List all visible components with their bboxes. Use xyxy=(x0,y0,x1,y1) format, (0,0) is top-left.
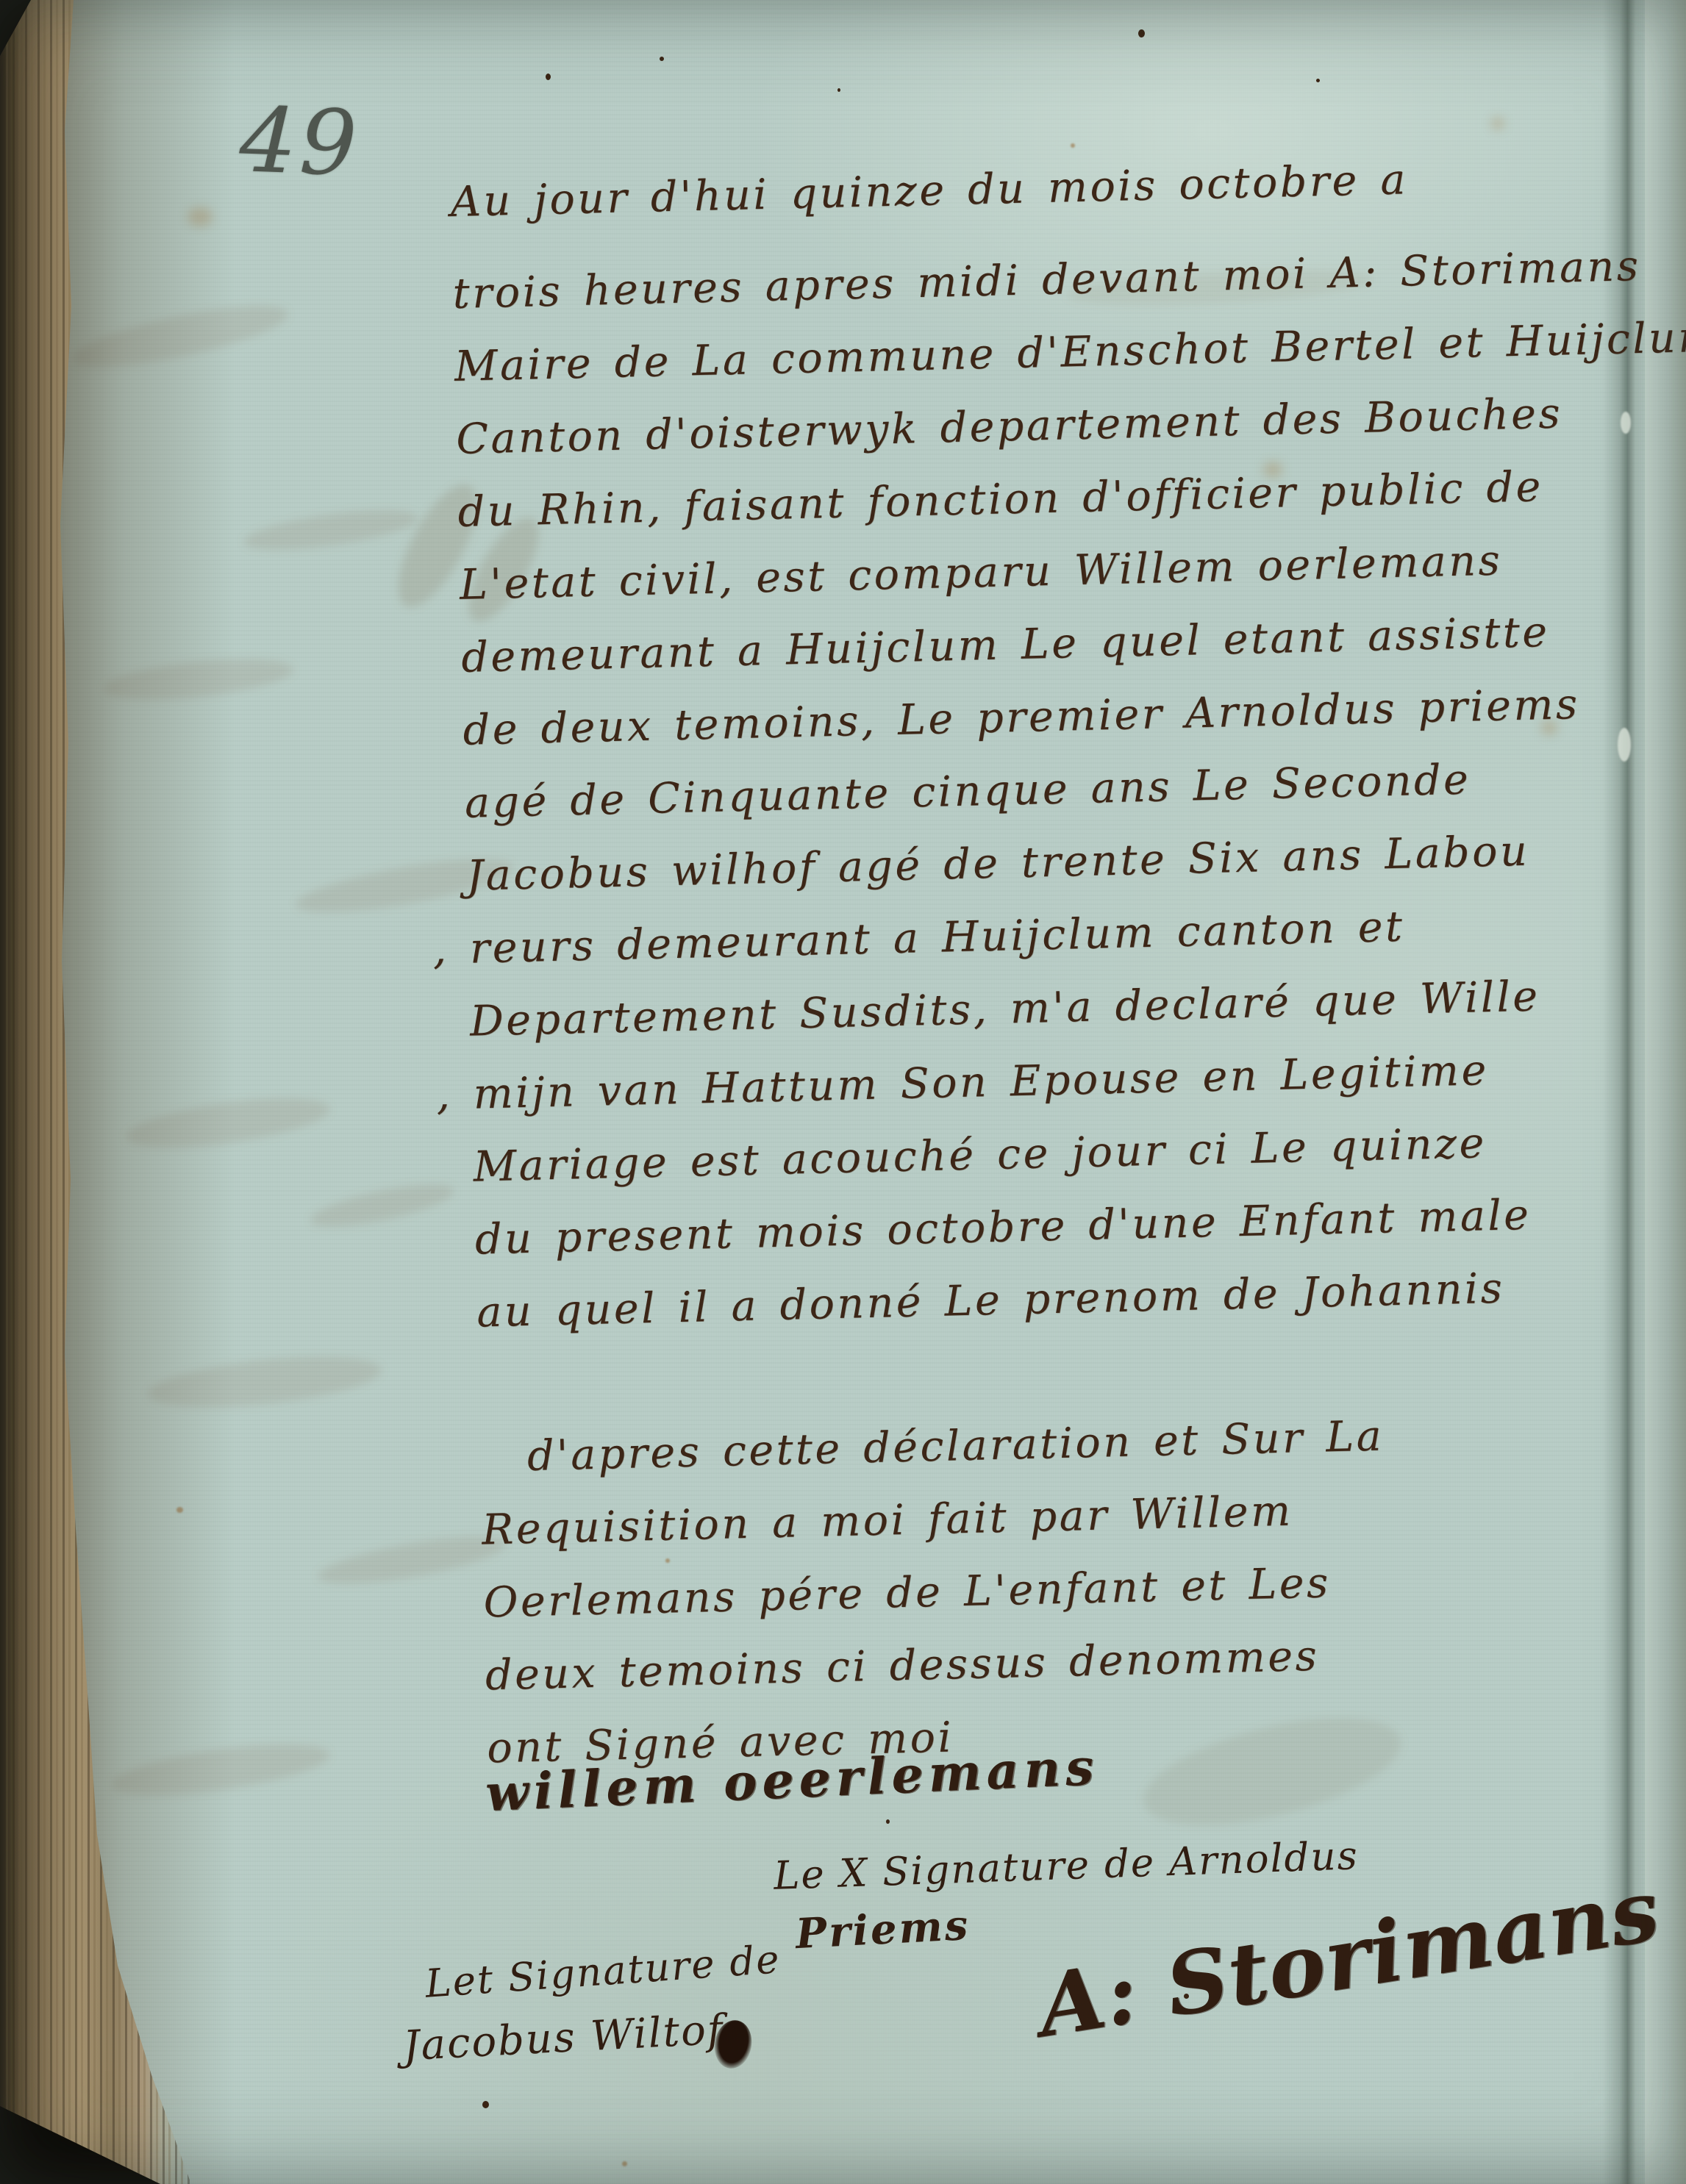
speck xyxy=(622,2161,627,2166)
document-body-text: Au jour d'hui quinze du mois octobre a t… xyxy=(450,149,1686,1797)
paragraph-first: Au jour d'hui quinze du mois octobre a t… xyxy=(450,149,1683,1361)
speck xyxy=(660,57,664,61)
speck xyxy=(886,1819,890,1824)
speck xyxy=(837,88,840,92)
speck xyxy=(1316,79,1320,82)
speck xyxy=(482,2101,489,2108)
speck xyxy=(546,74,551,80)
page-number: 49 xyxy=(238,87,362,196)
speck xyxy=(1138,29,1145,37)
speck xyxy=(1071,143,1075,148)
signature-caption-arnoldus-line2: Priems xyxy=(794,1901,971,1958)
scanned-register-page: 49 Au jour d'hui quinze du mois octobre … xyxy=(0,0,1686,2184)
foxing-stain xyxy=(1491,118,1504,129)
